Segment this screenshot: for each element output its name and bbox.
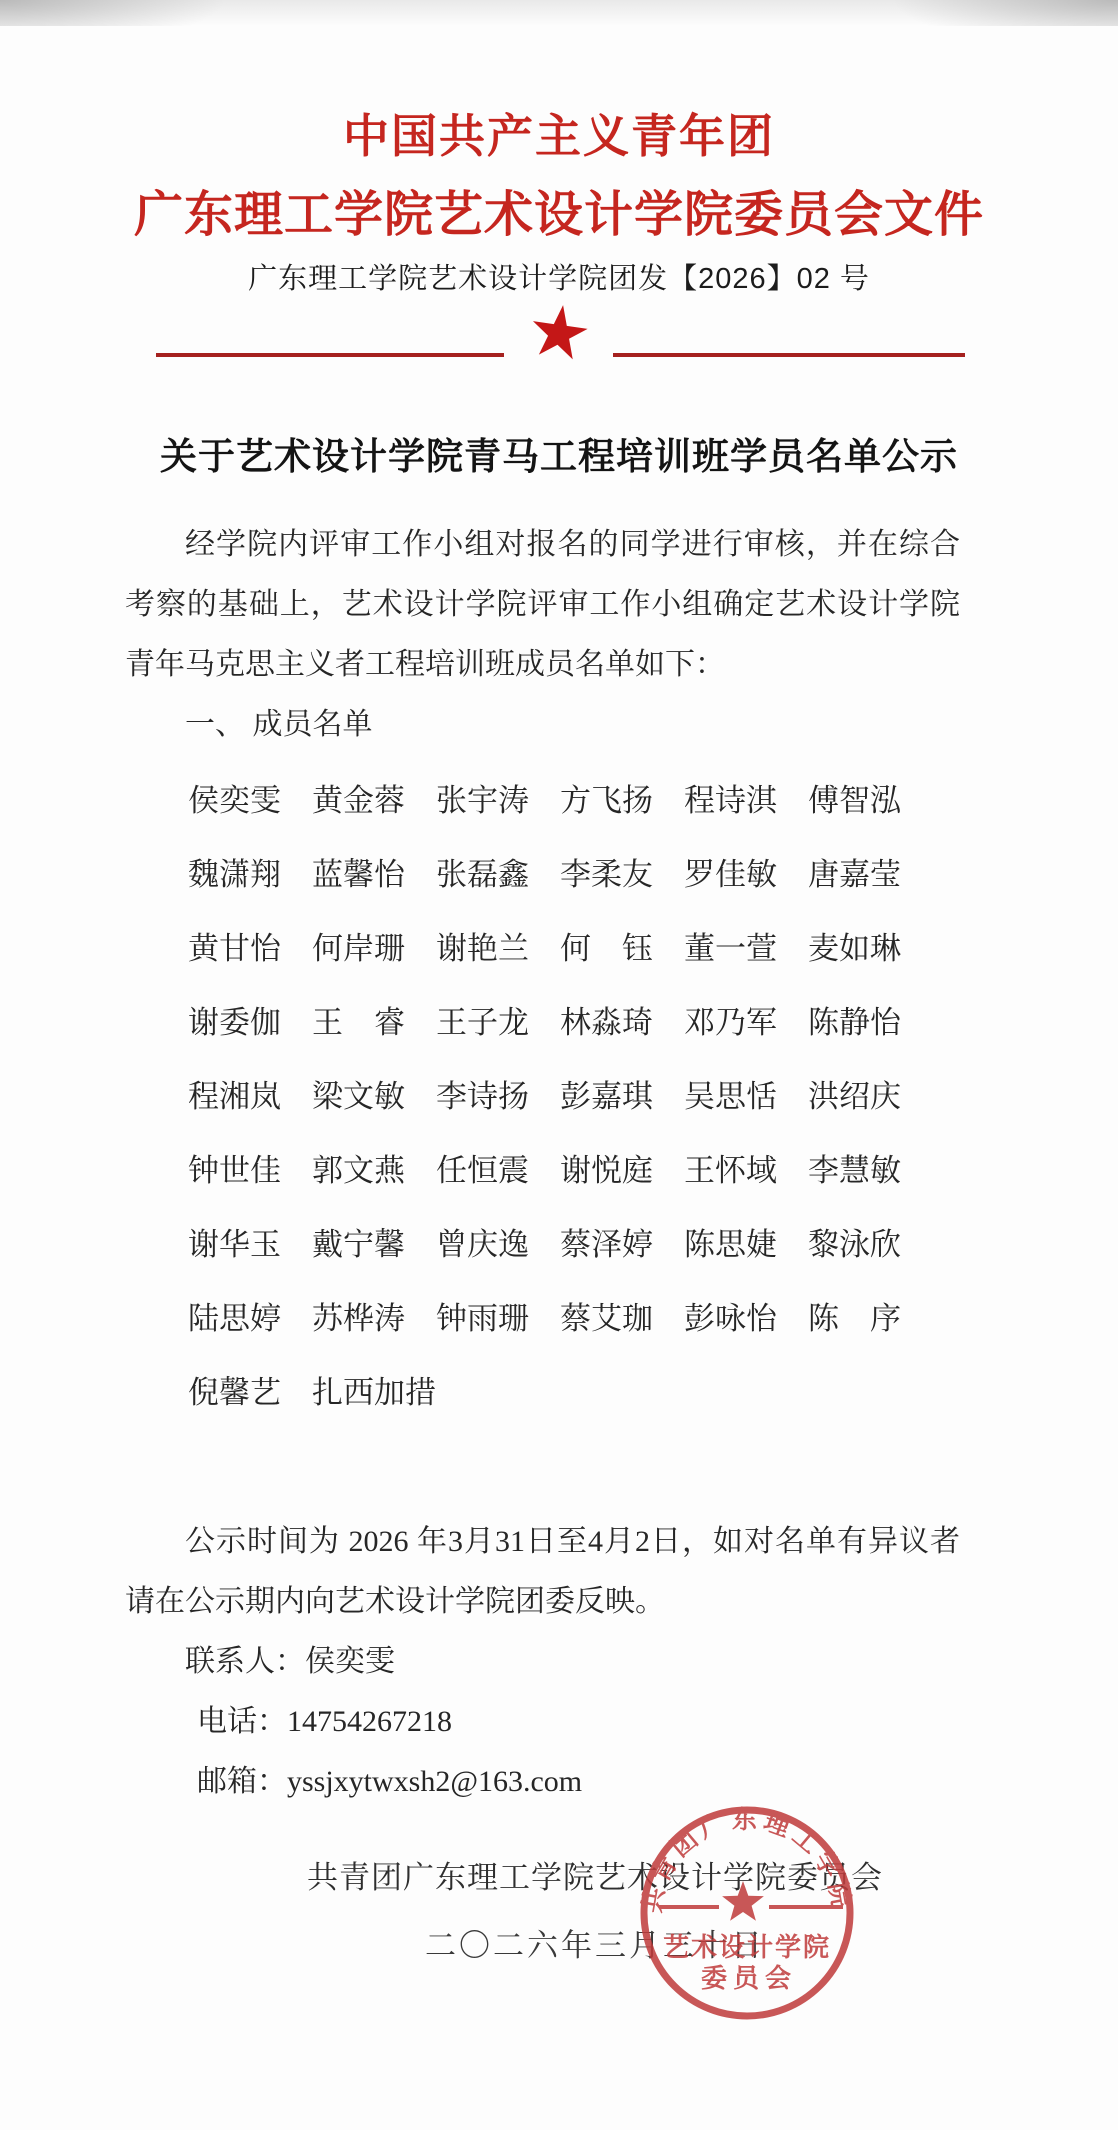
member-name: 蔡泽婷 bbox=[560, 1229, 653, 1261]
member-name: 梁文敏 bbox=[312, 1081, 405, 1113]
notice-line: 公示时间为 2026 年3月31日至4月2日，如对名单有异议者 bbox=[125, 1512, 960, 1572]
page-title: 关于艺术设计学院青马工程培训班学员名单公示 bbox=[0, 426, 1118, 480]
member-row: 倪馨艺扎西加措 bbox=[188, 1377, 901, 1409]
member-name: 倪馨艺 bbox=[188, 1377, 281, 1409]
opening-paragraph: 经学院内评审工作小组对报名的同学进行审核，并在综合 考察的基础上，艺术设计学院评… bbox=[125, 515, 960, 755]
paragraph-line: 青年马克思主义者工程培训班成员名单如下： bbox=[125, 635, 960, 695]
member-name: 程诗淇 bbox=[684, 785, 777, 817]
contact-person: 联系人：侯奕雯 bbox=[125, 1632, 960, 1692]
member-name: 何岸珊 bbox=[312, 933, 405, 965]
member-name: 彭嘉琪 bbox=[560, 1081, 653, 1113]
member-name: 蔡艾珈 bbox=[560, 1303, 653, 1335]
official-seal: 共青团广东理工学院 艺术设计学院 委员会 bbox=[637, 1803, 857, 2023]
star-icon: ★ bbox=[0, 296, 1118, 368]
contact-phone: 电话：14754267218 bbox=[125, 1692, 960, 1752]
member-name: 李诗扬 bbox=[436, 1081, 529, 1113]
member-row: 谢华玉戴宁馨曾庆逸蔡泽婷陈思婕黎泳欣 bbox=[188, 1229, 901, 1261]
member-name: 黄金蓉 bbox=[312, 785, 405, 817]
member-name: 王怀域 bbox=[684, 1155, 777, 1187]
member-name: 蓝馨怡 bbox=[312, 859, 405, 891]
member-name: 侯奕雯 bbox=[188, 785, 281, 817]
member-name: 黄甘怡 bbox=[188, 933, 281, 965]
scan-artifact-shade bbox=[0, 0, 1118, 26]
member-name: 王 睿 bbox=[312, 1007, 405, 1039]
member-name: 陈静怡 bbox=[808, 1007, 901, 1039]
member-name: 张宇涛 bbox=[436, 785, 529, 817]
member-name: 戴宁馨 bbox=[312, 1229, 405, 1261]
member-list: 侯奕雯黄金蓉张宇涛方飞扬程诗淇傅智泓魏潇翔蓝馨怡张磊鑫李柔友罗佳敏唐嘉莹黄甘怡何… bbox=[188, 785, 901, 1451]
member-name: 扎西加措 bbox=[312, 1377, 436, 1409]
member-name: 谢委伽 bbox=[188, 1007, 281, 1039]
official-document-page: 中国共产主义青年团 广东理工学院艺术设计学院委员会文件 广东理工学院艺术设计学院… bbox=[0, 0, 1118, 2130]
member-name: 郭文燕 bbox=[312, 1155, 405, 1187]
seal-center-line1: 艺术设计学院 bbox=[663, 1932, 831, 1962]
member-name: 苏桦涛 bbox=[312, 1303, 405, 1335]
member-name: 林淼琦 bbox=[560, 1007, 653, 1039]
member-name: 彭咏怡 bbox=[684, 1303, 777, 1335]
member-name: 曾庆逸 bbox=[436, 1229, 529, 1261]
member-name: 谢悦庭 bbox=[560, 1155, 653, 1187]
letterhead-line2: 广东理工学院艺术设计学院委员会文件 bbox=[0, 176, 1118, 246]
seal-graphic: 共青团广东理工学院 艺术设计学院 委员会 bbox=[637, 1803, 857, 2023]
member-name: 麦如琳 bbox=[808, 933, 901, 965]
member-name: 方飞扬 bbox=[560, 785, 653, 817]
member-name: 王子龙 bbox=[436, 1007, 529, 1039]
member-name: 吴思恬 bbox=[684, 1081, 777, 1113]
member-row: 程湘岚梁文敏李诗扬彭嘉琪吴思恬洪绍庆 bbox=[188, 1081, 901, 1113]
member-name: 邓乃军 bbox=[684, 1007, 777, 1039]
signature-org: 共青团广东理工学院艺术设计学院委员会 bbox=[0, 1852, 1118, 1897]
letterhead-line1: 中国共产主义青年团 bbox=[0, 100, 1118, 166]
member-name: 洪绍庆 bbox=[808, 1081, 901, 1113]
section-heading: 一、 成员名单 bbox=[125, 695, 960, 755]
star-icon bbox=[722, 1881, 764, 1921]
paragraph-line: 经学院内评审工作小组对报名的同学进行审核，并在综合 bbox=[125, 515, 960, 575]
seal-center-line2: 委员会 bbox=[701, 1963, 797, 1993]
member-row: 魏潇翔蓝馨怡张磊鑫李柔友罗佳敏唐嘉莹 bbox=[188, 859, 901, 891]
notice-line: 请在公示期内向艺术设计学院团委反映。 bbox=[125, 1572, 960, 1632]
member-name: 谢艳兰 bbox=[436, 933, 529, 965]
member-name: 钟世佳 bbox=[188, 1155, 281, 1187]
member-name: 黎泳欣 bbox=[808, 1229, 901, 1261]
paragraph-line: 考察的基础上，艺术设计学院评审工作小组确定艺术设计学院 bbox=[125, 575, 960, 635]
member-name: 李慧敏 bbox=[808, 1155, 901, 1187]
member-name: 陆思婷 bbox=[188, 1303, 281, 1335]
member-row: 陆思婷苏桦涛钟雨珊蔡艾珈彭咏怡陈 序 bbox=[188, 1303, 901, 1335]
member-row: 侯奕雯黄金蓉张宇涛方飞扬程诗淇傅智泓 bbox=[188, 785, 901, 817]
member-name: 任恒震 bbox=[436, 1155, 529, 1187]
member-name: 唐嘉莹 bbox=[808, 859, 901, 891]
signature-date: 二〇二六年三月三十日 bbox=[0, 1920, 1118, 1965]
member-name: 张磊鑫 bbox=[436, 859, 529, 891]
member-name: 傅智泓 bbox=[808, 785, 901, 817]
member-row: 黄甘怡何岸珊谢艳兰何 钰董一萱麦如琳 bbox=[188, 933, 901, 965]
member-row: 谢委伽王 睿王子龙林淼琦邓乃军陈静怡 bbox=[188, 1007, 901, 1039]
member-name: 李柔友 bbox=[560, 859, 653, 891]
member-name: 程湘岚 bbox=[188, 1081, 281, 1113]
member-name: 谢华玉 bbox=[188, 1229, 281, 1261]
member-name: 陈思婕 bbox=[684, 1229, 777, 1261]
member-name: 董一萱 bbox=[684, 933, 777, 965]
member-row: 钟世佳郭文燕任恒震谢悦庭王怀域李慧敏 bbox=[188, 1155, 901, 1187]
notice-block: 公示时间为 2026 年3月31日至4月2日，如对名单有异议者 请在公示期内向艺… bbox=[125, 1512, 960, 1812]
member-name: 陈 序 bbox=[808, 1303, 901, 1335]
member-name: 钟雨珊 bbox=[436, 1303, 529, 1335]
member-name: 何 钰 bbox=[560, 933, 653, 965]
member-name: 罗佳敏 bbox=[684, 859, 777, 891]
member-name: 魏潇翔 bbox=[188, 859, 281, 891]
